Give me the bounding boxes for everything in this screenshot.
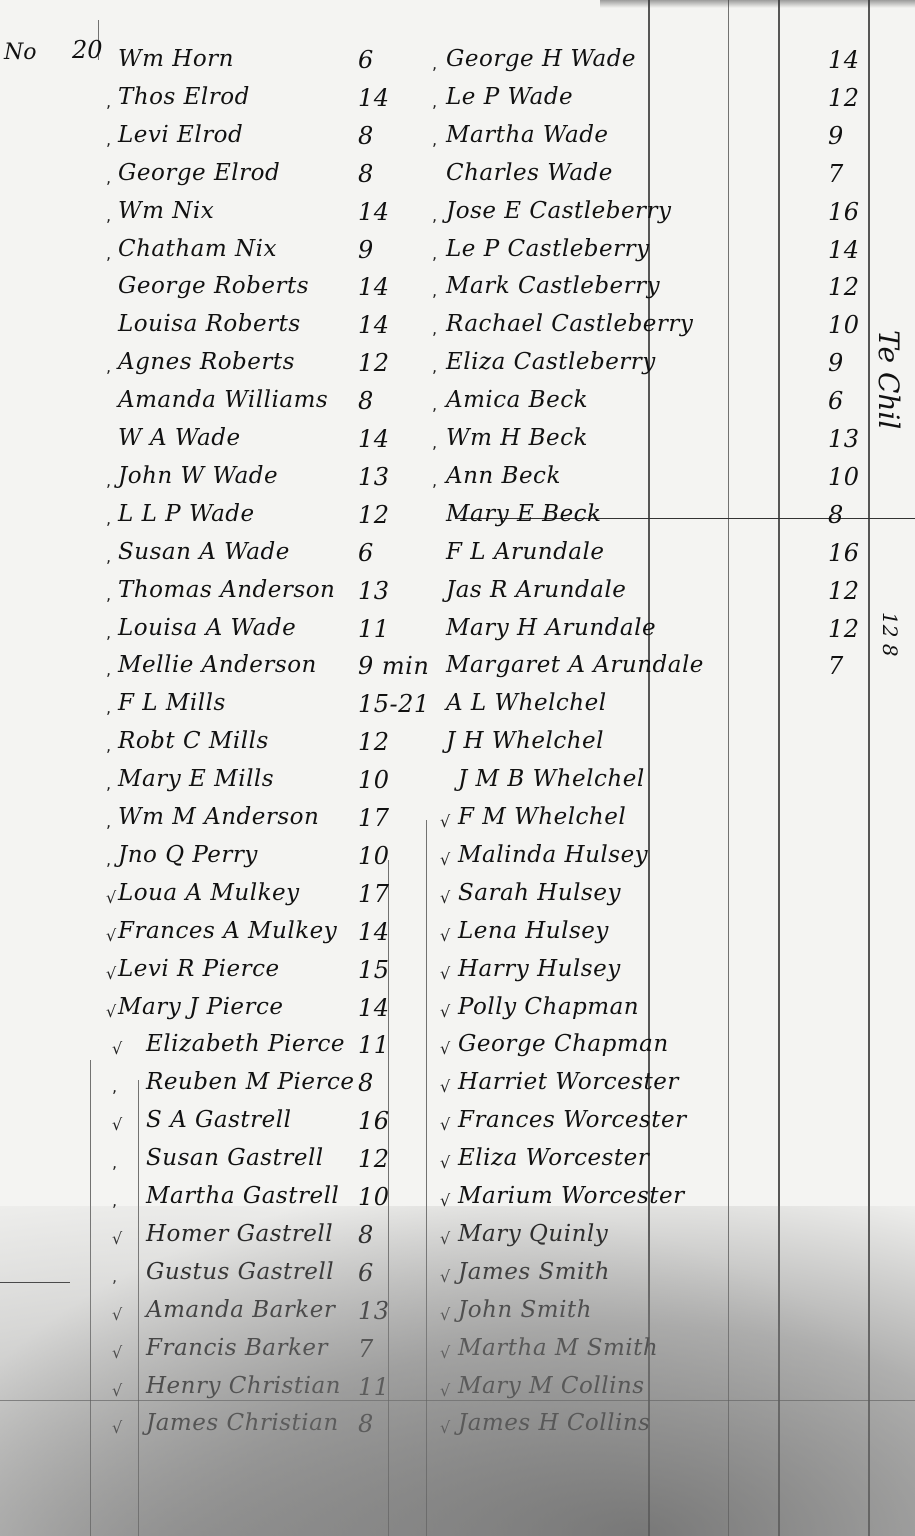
check-mark-icon: √ xyxy=(112,1418,122,1437)
check-mark-icon: , xyxy=(106,92,111,111)
student-name: F L Arundale xyxy=(446,539,605,565)
student-name: J M B Whelchel xyxy=(458,766,645,792)
column-rule xyxy=(868,0,870,1536)
student-name: Robt C Mills xyxy=(118,728,269,754)
student-age: 14 xyxy=(828,236,860,264)
check-mark-icon: √ xyxy=(440,1077,450,1096)
student-name: Wm Horn xyxy=(118,46,234,72)
check-mark-icon: , xyxy=(106,471,111,490)
student-age: 9 min xyxy=(358,652,429,680)
check-mark-icon: , xyxy=(106,698,111,717)
student-name: Jas R Arundale xyxy=(446,577,626,603)
student-name: S A Gastrell xyxy=(146,1107,291,1133)
student-name: Thomas Anderson xyxy=(118,577,335,603)
student-name: George Elrod xyxy=(118,160,280,186)
check-mark-icon: √ xyxy=(440,888,450,907)
student-name: Malinda Hulsey xyxy=(458,842,648,868)
student-age: 13 xyxy=(358,463,390,491)
student-age: 14 xyxy=(828,46,860,74)
student-name: Frances Worcester xyxy=(458,1107,687,1133)
check-mark-icon: √ xyxy=(440,1343,450,1362)
check-mark-icon: , xyxy=(106,357,111,376)
student-age: 14 xyxy=(358,84,390,112)
student-name: Charles Wade xyxy=(446,160,613,186)
check-mark-icon: √ xyxy=(106,1002,116,1021)
check-mark-icon: √ xyxy=(440,1153,450,1172)
student-name: James Smith xyxy=(458,1259,610,1285)
student-name: Rachael Castleberry xyxy=(446,311,693,337)
check-mark-icon: √ xyxy=(440,1191,450,1210)
student-name: Mary J Pierce xyxy=(118,994,284,1020)
column-rule xyxy=(426,820,427,1536)
student-name: Agnes Roberts xyxy=(118,349,295,375)
student-name: Susan A Wade xyxy=(118,539,290,565)
check-mark-icon: , xyxy=(106,206,111,225)
student-name: Jno Q Perry xyxy=(118,842,258,868)
check-mark-icon: , xyxy=(112,1191,117,1210)
column-rule xyxy=(728,0,729,1536)
student-age: 16 xyxy=(828,198,860,226)
check-mark-icon: , xyxy=(112,1077,117,1096)
check-mark-icon: √ xyxy=(440,1115,450,1134)
check-mark-icon: , xyxy=(432,244,437,263)
student-age: 15-21 xyxy=(358,690,430,718)
student-name: Susan Gastrell xyxy=(146,1145,324,1171)
student-name: Le P Castleberry xyxy=(446,236,650,262)
student-age: 9 xyxy=(358,236,374,264)
student-name: John Smith xyxy=(458,1297,592,1323)
district-label: No xyxy=(4,40,37,65)
student-age: 9 xyxy=(828,349,844,377)
student-name: Lena Hulsey xyxy=(458,918,609,944)
check-mark-icon: , xyxy=(106,623,111,642)
check-mark-icon: , xyxy=(112,1153,117,1172)
student-name: Louisa Roberts xyxy=(118,311,301,337)
student-name: Wm M Anderson xyxy=(118,804,319,830)
student-name: Frances A Mulkey xyxy=(118,918,337,944)
student-age: 9 xyxy=(828,122,844,150)
student-age: 14 xyxy=(358,994,390,1022)
check-mark-icon: , xyxy=(106,168,111,187)
student-name: Chatham Nix xyxy=(118,236,277,262)
check-mark-icon: √ xyxy=(106,964,116,983)
check-mark-icon: , xyxy=(432,54,437,73)
check-mark-icon: , xyxy=(432,206,437,225)
student-name: Amanda Barker xyxy=(146,1297,335,1323)
student-age: 8 xyxy=(358,387,374,415)
student-age: 8 xyxy=(358,1410,374,1438)
student-name: Mary M Collins xyxy=(458,1373,645,1399)
check-mark-icon: √ xyxy=(112,1305,122,1324)
check-mark-icon: , xyxy=(106,774,111,793)
student-name: George Roberts xyxy=(118,273,309,299)
student-name: Le P Wade xyxy=(446,84,573,110)
check-mark-icon: , xyxy=(106,130,111,149)
check-mark-icon: , xyxy=(106,547,111,566)
student-age: 14 xyxy=(358,198,390,226)
column-rule xyxy=(138,1080,139,1536)
student-name: Gustus Gastrell xyxy=(146,1259,334,1285)
student-name: Thos Elrod xyxy=(118,84,250,110)
student-name: J H Whelchel xyxy=(446,728,604,754)
check-mark-icon: , xyxy=(432,357,437,376)
student-age: 13 xyxy=(358,1297,390,1325)
student-age: 12 xyxy=(358,1145,390,1173)
check-mark-icon: , xyxy=(432,130,437,149)
student-age: 10 xyxy=(358,766,390,794)
student-name: Martha Wade xyxy=(446,122,609,148)
student-age: 10 xyxy=(828,463,860,491)
student-age: 14 xyxy=(358,918,390,946)
student-name: Henry Christian xyxy=(146,1373,341,1399)
student-name: Polly Chapman xyxy=(458,994,639,1020)
check-mark-icon: √ xyxy=(440,850,450,869)
check-mark-icon: √ xyxy=(112,1343,122,1362)
student-name: Eliza Castleberry xyxy=(446,349,656,375)
student-age: 14 xyxy=(358,311,390,339)
check-mark-icon: , xyxy=(106,850,111,869)
student-age: 8 xyxy=(358,1069,374,1097)
student-age: 6 xyxy=(358,1259,374,1287)
student-age: 6 xyxy=(828,387,844,415)
student-name: Amica Beck xyxy=(446,387,588,413)
check-mark-icon: , xyxy=(432,471,437,490)
section-rule xyxy=(0,1400,915,1401)
student-age: 7 xyxy=(828,160,844,188)
student-age: 14 xyxy=(358,425,390,453)
student-age: 6 xyxy=(358,46,374,74)
student-name: Levi Elrod xyxy=(118,122,243,148)
student-name: Mary E Mills xyxy=(118,766,274,792)
column-rule xyxy=(90,1060,91,1536)
student-age: 12 xyxy=(358,349,390,377)
student-age: 8 xyxy=(358,122,374,150)
student-age: 10 xyxy=(358,1183,390,1211)
student-age: 10 xyxy=(828,311,860,339)
student-name: George Chapman xyxy=(458,1031,669,1057)
student-age: 7 xyxy=(358,1335,374,1363)
check-mark-icon: √ xyxy=(440,926,450,945)
student-age: 14 xyxy=(358,273,390,301)
check-mark-icon: √ xyxy=(440,1267,450,1286)
student-age: 8 xyxy=(358,1221,374,1249)
check-mark-icon: √ xyxy=(440,1039,450,1058)
check-mark-icon: √ xyxy=(440,1381,450,1400)
student-name: F L Mills xyxy=(118,690,226,716)
student-name: Margaret A Arundale xyxy=(446,652,704,678)
student-name: F M Whelchel xyxy=(458,804,626,830)
column-rule xyxy=(648,0,650,1536)
student-name: Harriet Worcester xyxy=(458,1069,679,1095)
student-age: 10 xyxy=(358,842,390,870)
student-name: Mary E Beck xyxy=(446,501,602,527)
student-age: 12 xyxy=(358,728,390,756)
student-name: A L Whelchel xyxy=(446,690,607,716)
register-page: Wm Horn6,Thos Elrod14,Levi Elrod8,George… xyxy=(0,0,915,1536)
student-name: Reuben M Pierce xyxy=(146,1069,355,1095)
student-age: 7 xyxy=(828,652,844,680)
check-mark-icon: √ xyxy=(440,1305,450,1324)
student-age: 15 xyxy=(358,956,390,984)
student-age: 12 xyxy=(828,273,860,301)
district-number: 20 xyxy=(72,36,103,64)
check-mark-icon: √ xyxy=(440,964,450,983)
check-mark-icon: √ xyxy=(112,1229,122,1248)
student-age: 13 xyxy=(358,577,390,605)
student-name: Louisa A Wade xyxy=(118,615,296,641)
student-age: 12 xyxy=(828,577,860,605)
student-name: Wm Nix xyxy=(118,198,214,224)
student-name: Sarah Hulsey xyxy=(458,880,621,906)
student-age: 12 xyxy=(828,615,860,643)
student-name: Elizabeth Pierce xyxy=(146,1031,345,1057)
student-name: Amanda Williams xyxy=(118,387,328,413)
margin-annotation-2: 12 8 xyxy=(878,612,902,657)
column-rule xyxy=(778,0,780,1536)
check-mark-icon: , xyxy=(106,736,111,755)
student-age: 12 xyxy=(358,501,390,529)
student-name: George H Wade xyxy=(446,46,636,72)
student-name: W A Wade xyxy=(118,425,241,451)
check-mark-icon: , xyxy=(432,433,437,452)
check-mark-icon: √ xyxy=(440,812,450,831)
student-age: 17 xyxy=(358,804,390,832)
check-mark-icon: , xyxy=(106,812,111,831)
check-mark-icon: , xyxy=(432,319,437,338)
student-name: Homer Gastrell xyxy=(146,1221,333,1247)
student-age: 6 xyxy=(358,539,374,567)
check-mark-icon: √ xyxy=(112,1115,122,1134)
student-name: Mellie Anderson xyxy=(118,652,317,678)
check-mark-icon: , xyxy=(106,244,111,263)
student-name: James H Collins xyxy=(458,1410,650,1436)
student-name: Jose E Castleberry xyxy=(446,198,672,224)
student-name: L L P Wade xyxy=(118,501,255,527)
check-mark-icon: √ xyxy=(106,888,116,907)
student-age: 8 xyxy=(828,501,844,529)
check-mark-icon: , xyxy=(432,395,437,414)
check-mark-icon: , xyxy=(112,1267,117,1286)
student-name: Mark Castleberry xyxy=(446,273,660,299)
check-mark-icon: , xyxy=(432,92,437,111)
student-name: Eliza Worcester xyxy=(458,1145,649,1171)
student-name: Ann Beck xyxy=(446,463,561,489)
check-mark-icon: √ xyxy=(106,926,116,945)
student-name: Francis Barker xyxy=(146,1335,328,1361)
student-name: Mary Quinly xyxy=(458,1221,608,1247)
student-name: Martha M Smith xyxy=(458,1335,658,1361)
student-name: Mary H Arundale xyxy=(446,615,656,641)
student-age: 12 xyxy=(828,84,860,112)
student-age: 8 xyxy=(358,160,374,188)
student-name: Levi R Pierce xyxy=(118,956,280,982)
student-age: 16 xyxy=(828,539,860,567)
check-mark-icon: √ xyxy=(440,1229,450,1248)
student-name: John W Wade xyxy=(118,463,278,489)
student-name: Harry Hulsey xyxy=(458,956,621,982)
student-age: 17 xyxy=(358,880,390,908)
student-age: 11 xyxy=(358,1031,390,1059)
margin-annotation: Te Chil xyxy=(872,330,905,429)
student-name: Marium Worcester xyxy=(458,1183,685,1209)
check-mark-icon: √ xyxy=(440,1418,450,1437)
check-mark-icon: , xyxy=(432,281,437,300)
student-name: Loua A Mulkey xyxy=(118,880,300,906)
student-age: 16 xyxy=(358,1107,390,1135)
student-age: 13 xyxy=(828,425,860,453)
check-mark-icon: √ xyxy=(440,1002,450,1021)
student-age: 11 xyxy=(358,1373,390,1401)
student-name: James Christian xyxy=(146,1410,339,1436)
check-mark-icon: , xyxy=(106,660,111,679)
check-mark-icon: √ xyxy=(112,1381,122,1400)
student-name: Wm H Beck xyxy=(446,425,588,451)
student-name: Martha Gastrell xyxy=(146,1183,339,1209)
section-rule xyxy=(0,1282,70,1283)
check-mark-icon: , xyxy=(106,585,111,604)
student-age: 11 xyxy=(358,615,390,643)
check-mark-icon: √ xyxy=(112,1039,122,1058)
check-mark-icon: , xyxy=(106,509,111,528)
